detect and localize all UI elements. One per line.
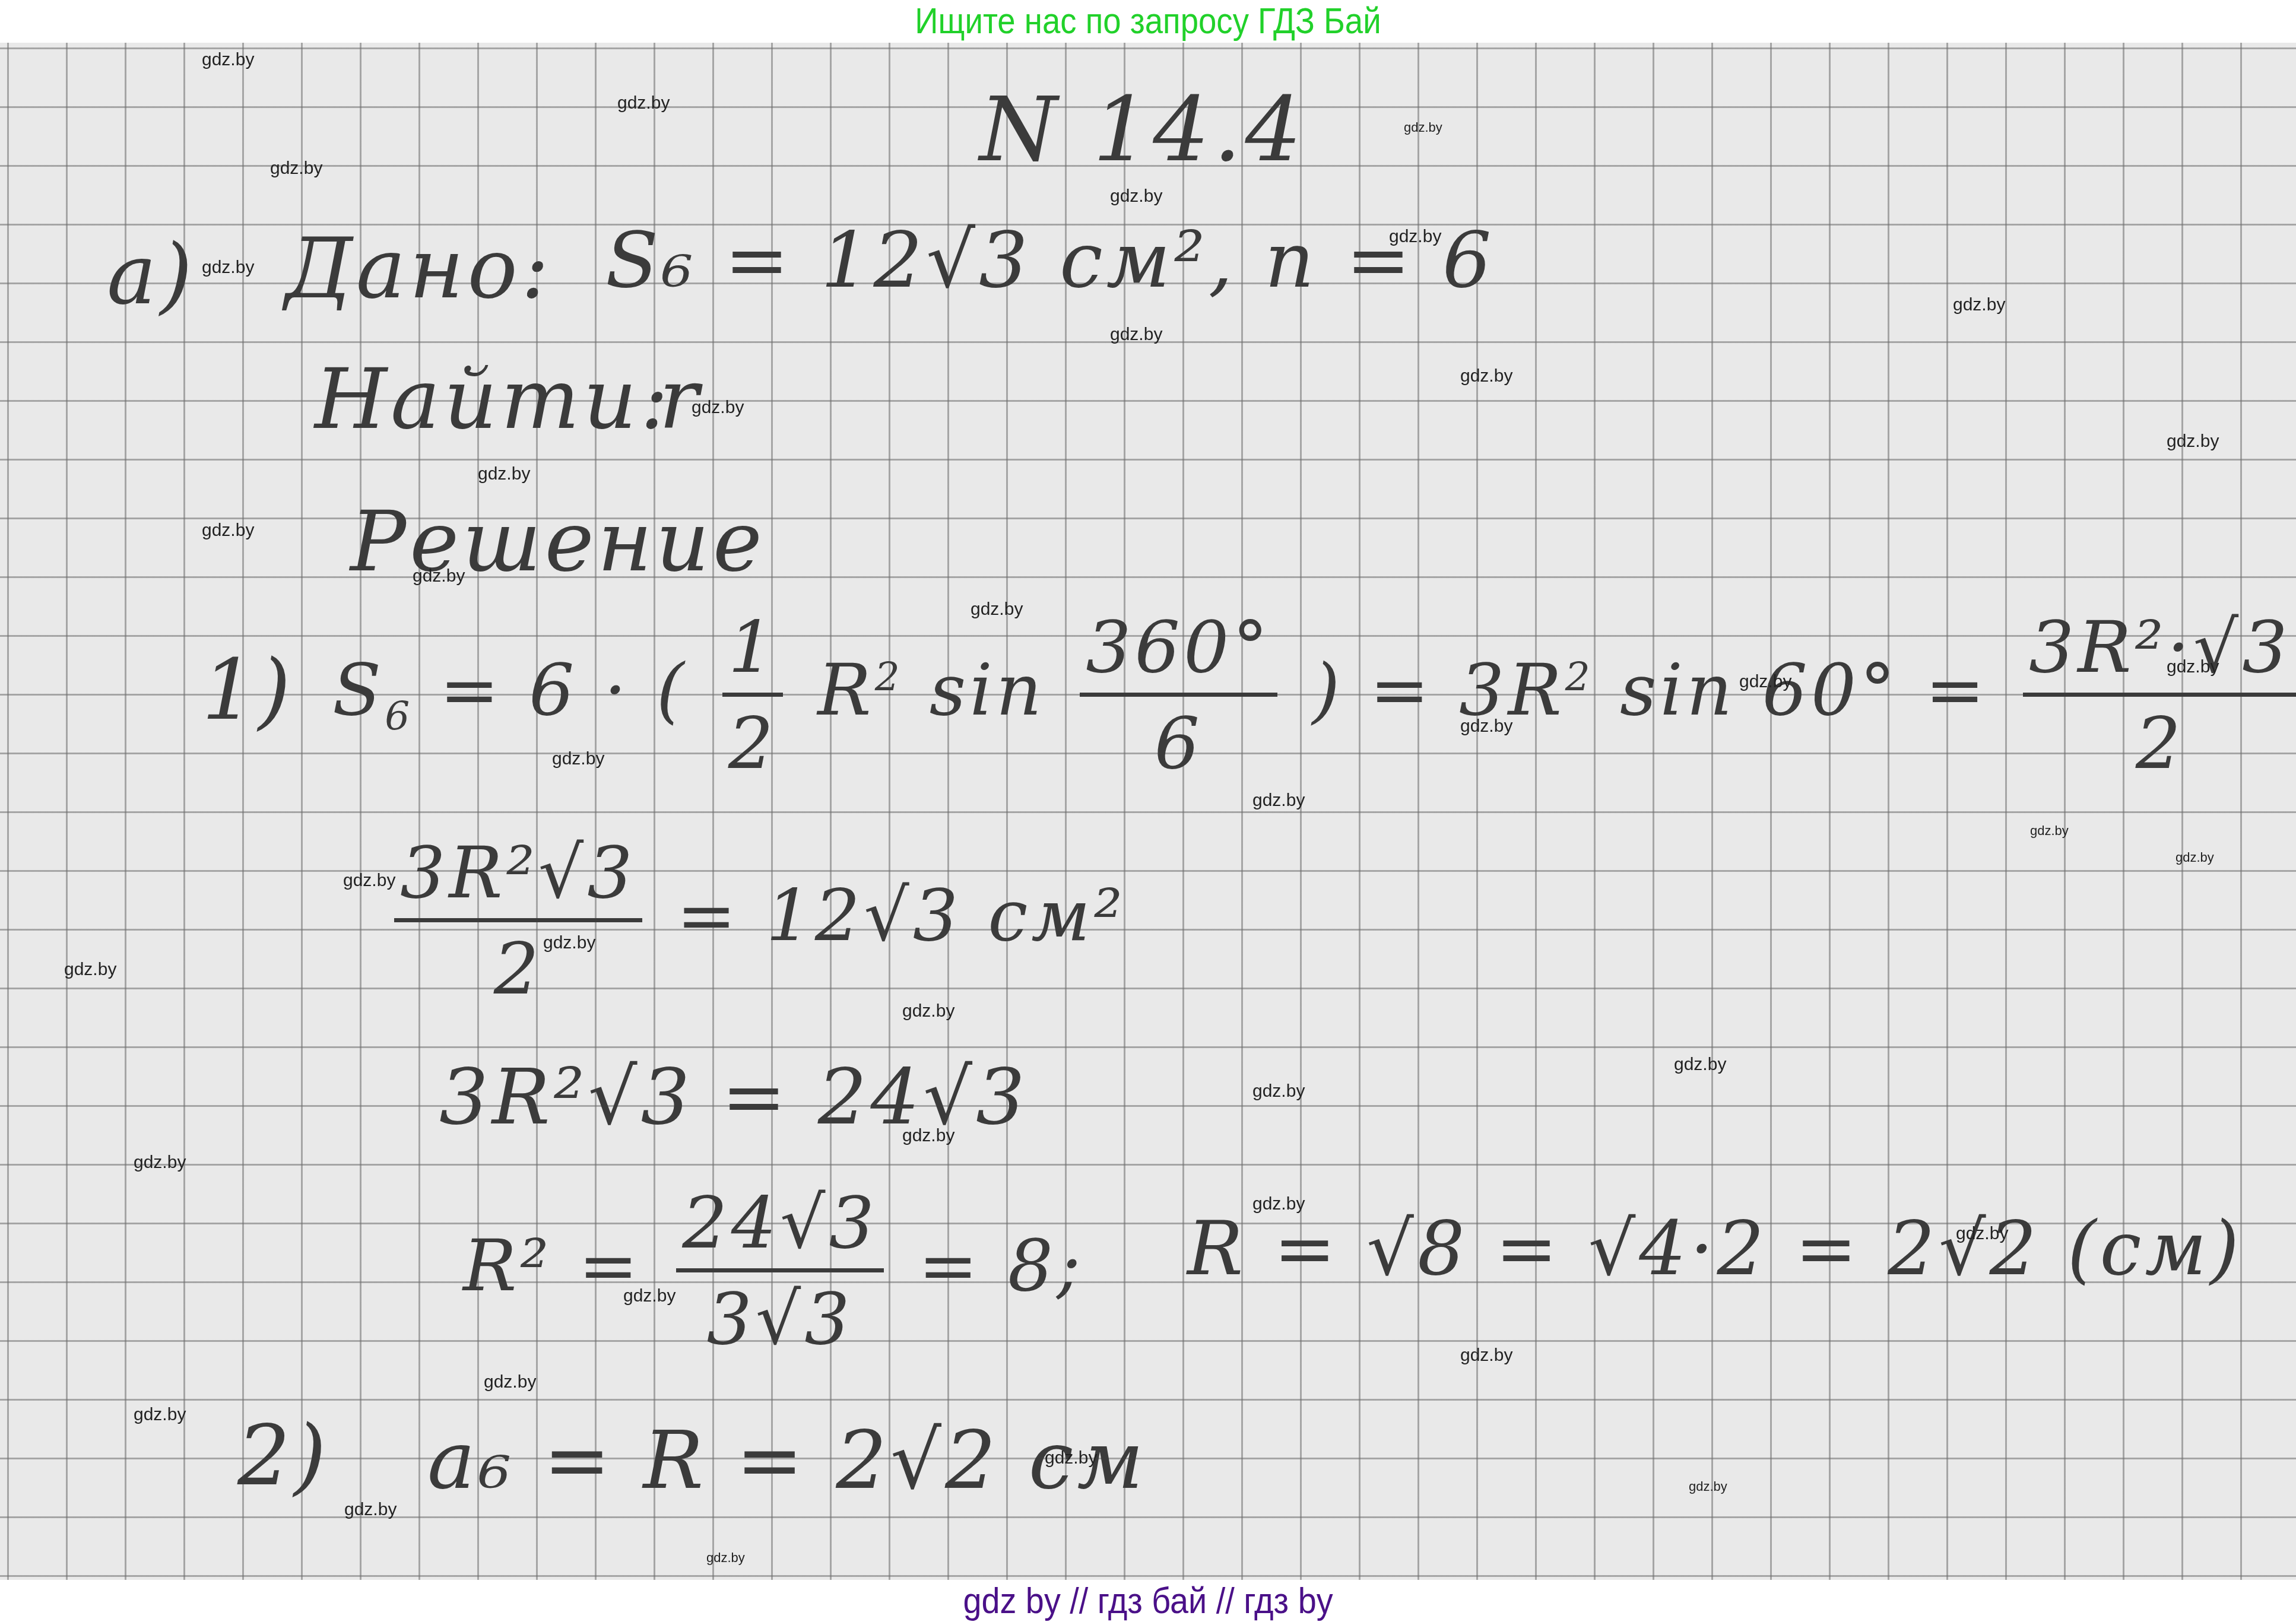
watermark: gdz.by [344, 1500, 397, 1520]
watermark: gdz.by [971, 599, 1023, 620]
top-banner: Ищите нас по запросу ГДЗ Бай [138, 0, 2158, 43]
angle-fraction: 360° 6 [1080, 607, 1277, 785]
watermark: gdz.by [1252, 1194, 1305, 1214]
find-label: Найти: [315, 351, 672, 448]
line4-fraction: 24√3 3√3 [676, 1182, 884, 1361]
watermark: gdz.by [2167, 657, 2219, 677]
step-2-number: 2) [237, 1408, 330, 1504]
watermark: gdz.by [902, 1001, 954, 1021]
step-1-line-1: S6 = 6 · ( 1 2 R2 sin 360° 6 ) = 3R2 sin… [332, 607, 2296, 785]
step-1-number: 1) [202, 642, 294, 739]
sin-label: sin [930, 649, 1045, 732]
s6-symbol: S [332, 649, 385, 732]
watermark: gdz.by [413, 566, 465, 586]
problem-title: N 14.4 [979, 78, 1305, 182]
watermark: gdz.by [1110, 186, 1162, 207]
watermark: gdz.by [1252, 1081, 1305, 1102]
watermark: gdz.by [64, 960, 116, 980]
step-1-line-2: 3R²√3 2 = 12√3 см² [386, 832, 1126, 1011]
given-label: Дано: [285, 221, 553, 318]
watermark: gdz.by [1389, 227, 1441, 247]
watermark: gdz.by [134, 1405, 186, 1425]
watermark: gdz.by [1689, 1479, 1727, 1494]
watermark: gdz.by [1252, 791, 1305, 811]
watermark: gdz.by [1953, 295, 2005, 315]
half-fraction: 1 2 [722, 607, 783, 785]
watermark: gdz.by [1460, 716, 1512, 737]
watermark: gdz.by [1460, 1345, 1512, 1366]
watermark: gdz.by [202, 258, 254, 278]
s6-subscript: 6 [385, 693, 413, 739]
watermark: gdz.by [2176, 850, 2214, 865]
watermark: gdz.by [1674, 1055, 1726, 1075]
eq-six: = 6 · ( [439, 649, 687, 732]
watermark: gdz.by [617, 93, 670, 113]
watermark: gdz.by [692, 398, 744, 418]
watermark: gdz.by [1460, 366, 1512, 386]
given-value: S₆ = 12√3 см², n = 6 [605, 215, 1495, 305]
step-1-line-4: R² = 24√3 3√3 = 8; [463, 1182, 1084, 1361]
watermark: gdz.by [2030, 823, 2069, 839]
watermark: gdz.by [478, 464, 530, 484]
watermark: gdz.by [484, 1372, 536, 1392]
watermark: gdz.by [1739, 672, 1791, 692]
watermark: gdz.by [202, 520, 254, 541]
watermark: gdz.by [902, 1126, 954, 1146]
watermark: gdz.by [2167, 431, 2219, 452]
watermark: gdz.by [623, 1286, 676, 1306]
rhs-fraction: 3R²·√3 2 [2023, 607, 2296, 785]
radius-result: R = √8 = √4·2 = 2√2 (см) [1187, 1206, 2243, 1292]
watermark: gdz.by [1404, 120, 1442, 135]
watermark: gdz.by [1956, 1224, 2008, 1244]
watermark: gdz.by [343, 871, 395, 891]
watermark: gdz.by [202, 50, 254, 70]
notebook-sheet: N 14.4 a) Дано: S₆ = 12√3 см², n = 6 Най… [0, 43, 2296, 1580]
r-symbol: R [817, 649, 874, 732]
watermark: gdz.by [270, 158, 322, 179]
line2-fraction: 3R²√3 2 [394, 832, 642, 1011]
watermark: gdz.by [706, 1550, 745, 1566]
step-2-line-1: a₆ = R = 2√2 см [427, 1414, 1147, 1507]
part-label: a) [107, 227, 196, 323]
watermark: gdz.by [1045, 1448, 1097, 1468]
watermark: gdz.by [552, 749, 604, 769]
watermark: gdz.by [543, 933, 595, 953]
bottom-banner: gdz by // гдз бай // гдз by [115, 1580, 2181, 1622]
watermark: gdz.by [1110, 325, 1162, 345]
watermark: gdz.by [134, 1153, 186, 1173]
